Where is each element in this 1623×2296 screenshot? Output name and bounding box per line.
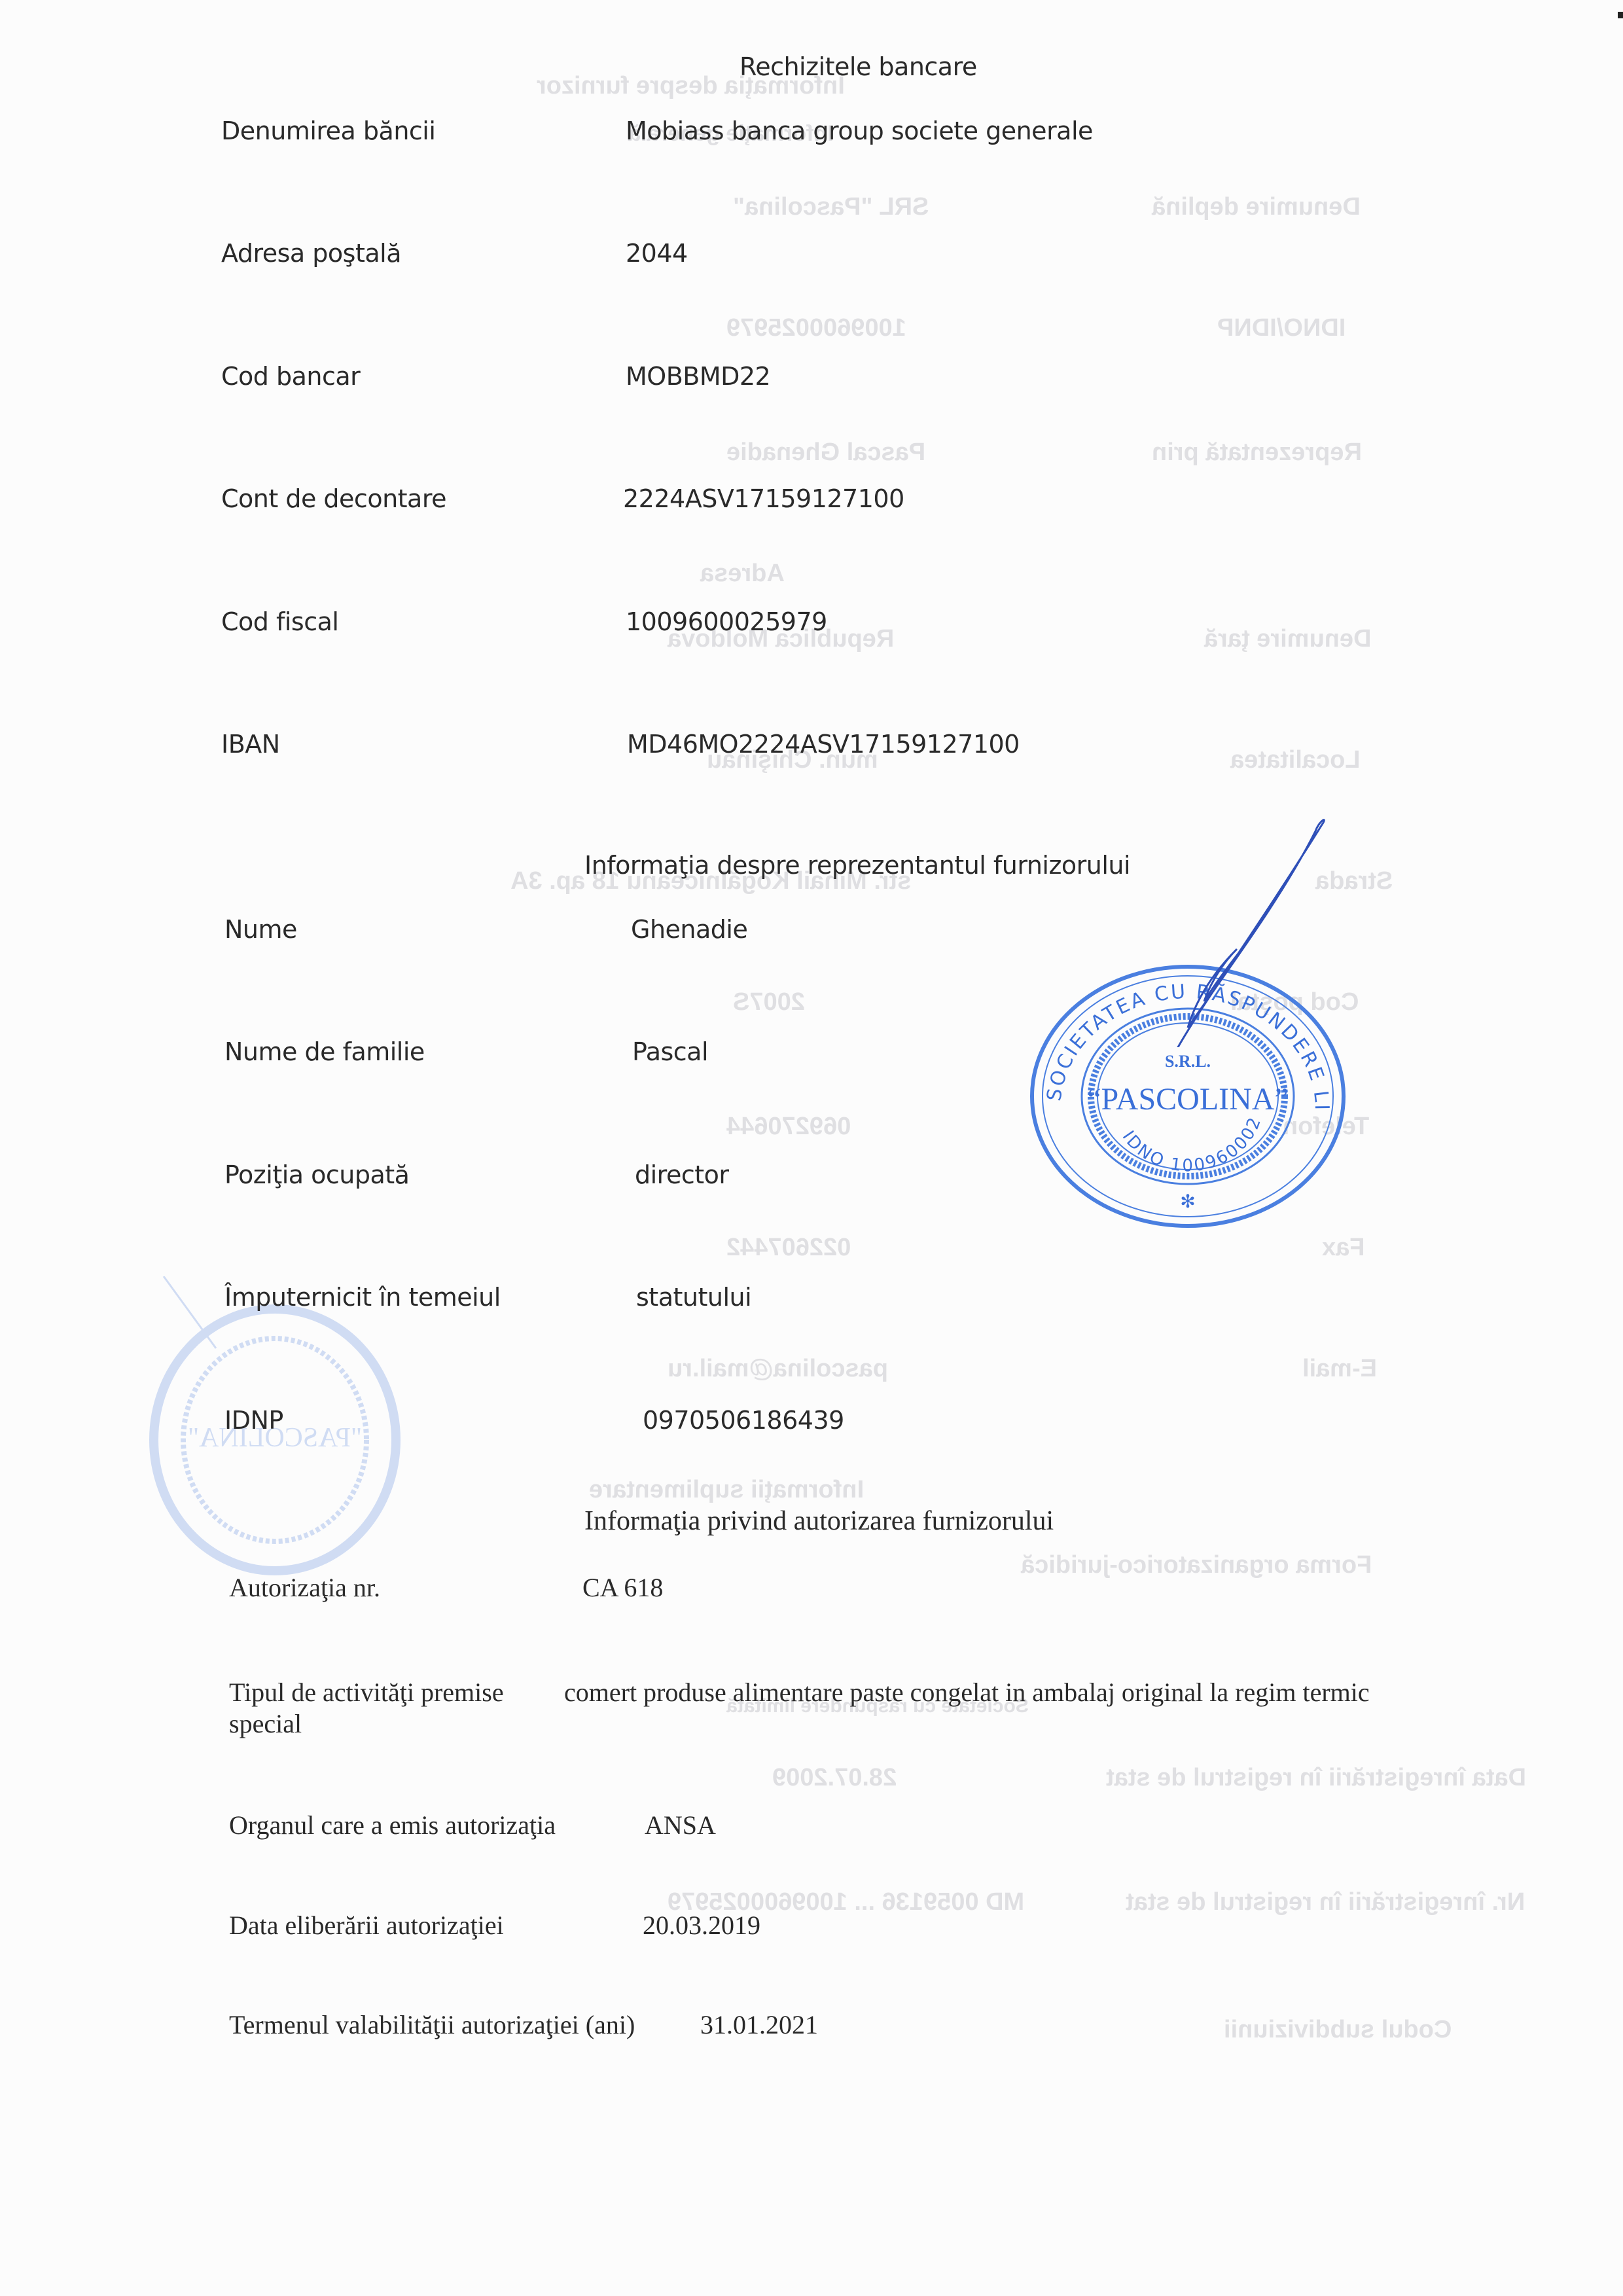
ghost-text: Nr. înregistrării în registrul de stat: [1126, 1888, 1525, 1916]
last-name-label: Nume de familie: [224, 1037, 425, 1066]
ghost-text: Data înregistrării în registrul de stat: [1106, 1764, 1526, 1792]
ghost-text: SRL "Pascolina": [733, 193, 929, 221]
validity-term-label: Termenul valabilităţii autorizaţiei (ani…: [229, 2009, 635, 2040]
ghost-text: Localitatea: [1230, 746, 1361, 774]
ghost-text: IDNO/IDNP: [1217, 314, 1346, 342]
ghost-text: Denumire ţară: [1204, 625, 1372, 653]
issuing-body-label: Organul care a emis autorizaţia: [229, 1810, 556, 1840]
authorized-basis-label: Împuternicit în temeiul: [224, 1283, 501, 1312]
bank-details-title: Rechizitele bancare: [740, 52, 977, 81]
activity-type-label: Tipul de activităţi premise: [229, 1677, 504, 1708]
iban-value: MD46MO2224ASV17159127100: [627, 730, 1020, 759]
settlement-account-value: 2224ASV17159127100: [623, 484, 904, 513]
bank-name-value: Mobiass banca group societe generale: [626, 117, 1093, 145]
scan-edge-mark: [1618, 12, 1623, 18]
bank-code-label: Cod bancar: [221, 362, 360, 391]
ghost-text: 069270644: [726, 1113, 851, 1141]
authorized-basis-value: statutului: [636, 1283, 751, 1312]
first-name-label: Nume: [224, 915, 297, 944]
document-page: Informaţia despre furnizor Informaţie ge…: [0, 0, 1623, 2296]
ghost-text: pascolina@mail.ru: [668, 1355, 888, 1383]
issuing-body-value: ANSA: [645, 1810, 716, 1840]
postal-address-label: Adresa poştală: [221, 239, 401, 268]
svg-text:S.R.L.: S.R.L.: [1165, 1052, 1211, 1071]
ghost-text: 1009600025979: [726, 314, 906, 342]
ghost-text: Pascal Ghenadie: [726, 439, 925, 467]
iban-label: IBAN: [221, 730, 280, 759]
ghost-text: 28.07.2009: [772, 1764, 897, 1792]
authorization-number-label: Autorizaţia nr.: [229, 1572, 380, 1603]
fiscal-code-label: Cod fiscal: [221, 607, 338, 636]
fiscal-code-value: 1009600025979: [626, 607, 827, 636]
ghost-text: E-mail: [1302, 1355, 1377, 1383]
settlement-account-label: Cont de decontare: [221, 484, 446, 513]
last-name-value: Pascal: [632, 1037, 708, 1066]
svg-text:“PASCOLINA”: “PASCOLINA”: [1087, 1082, 1289, 1117]
authorization-title: Informaţia privind autorizarea furnizoru…: [584, 1505, 1054, 1537]
idnp-value: 0970506186439: [643, 1406, 844, 1435]
validity-term-value: 31.01.2021: [700, 2009, 818, 2040]
representative-title: Informaţia despre reprezentantul furnizo…: [584, 851, 1130, 880]
postal-address-value: 2044: [626, 239, 688, 268]
ghost-text: Fax: [1322, 1234, 1364, 1262]
ghost-text: 022607442: [726, 1234, 851, 1262]
svg-text:✻: ✻: [1180, 1191, 1195, 1212]
ghost-text: Forma organizatorico-juridică: [1021, 1551, 1372, 1579]
position-value: director: [635, 1160, 729, 1189]
ghost-text: Denumire deplină: [1152, 193, 1361, 221]
activity-type-value: comert produse alimentare paste congelat…: [564, 1677, 1370, 1708]
activity-type-value-continuation: special: [229, 1708, 302, 1739]
issue-date-value: 20.03.2019: [643, 1910, 760, 1941]
bank-code-value: MOBBMD22: [626, 362, 770, 391]
signature-icon: [1126, 812, 1335, 1047]
ghost-text: 2007S: [733, 988, 805, 1016]
ghost-text: Reprezentată prin: [1152, 439, 1362, 467]
issue-date-label: Data eliberării autorizaţiei: [229, 1910, 504, 1941]
position-label: Poziţia ocupată: [224, 1160, 409, 1189]
idnp-label: IDNP: [224, 1406, 283, 1435]
ghost-text: Adresa: [700, 560, 785, 588]
first-name-value: Ghenadie: [631, 915, 747, 944]
ghost-text: Codul subdiviziunii: [1224, 2016, 1452, 2044]
ghost-text: Informaţii suplimentare: [589, 1476, 864, 1504]
authorization-number-value: CA 618: [582, 1572, 663, 1603]
bank-name-label: Denumirea băncii: [221, 117, 435, 145]
